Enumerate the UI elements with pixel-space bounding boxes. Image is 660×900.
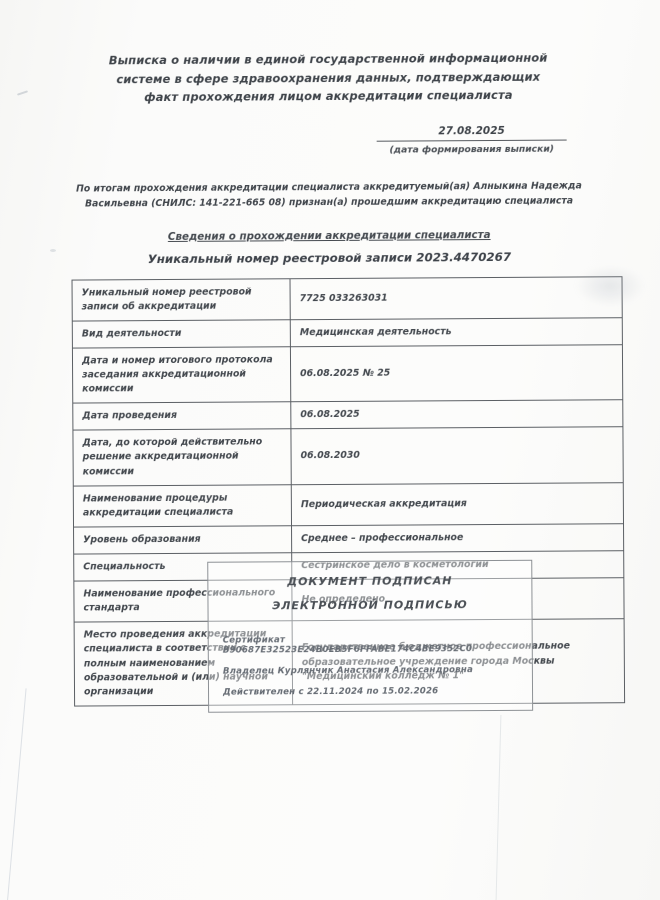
table-row: Вид деятельностиМедицинская деятельность xyxy=(72,317,622,347)
row-label-cell: Уровень образования xyxy=(74,526,292,554)
row-label-cell: Вид деятельности xyxy=(72,319,290,347)
issue-date: 27.08.2025 xyxy=(377,124,567,141)
row-label-cell: Наименование процедуры аккредитации спец… xyxy=(73,484,291,527)
row-label-cell: Дата проведения xyxy=(73,402,291,430)
table-row: Дата, до которой действительно решение а… xyxy=(73,427,623,486)
certificate-line: Сертификат B90687E32523E24B0EB5F6FFABE17… xyxy=(223,634,518,656)
row-value-cell: 06.08.2025 № 25 xyxy=(290,345,622,402)
issue-date-caption: (дата формирования выписки) xyxy=(377,140,567,155)
row-value-cell: Периодическая аккредитация xyxy=(291,482,623,525)
row-label-cell: Дата, до которой действительно решение а… xyxy=(73,429,291,486)
owner-line: Владелец Курлянчик Анастасия Александров… xyxy=(223,665,518,677)
scanned-document-page: Выписка о наличии в единой государственн… xyxy=(0,0,660,900)
intro-paragraph: По итогам прохождения аккредитации специ… xyxy=(51,178,607,212)
table-row: Уникальный номер реестровой записи об ак… xyxy=(72,276,622,321)
table-row: Наименование процедуры аккредитации спец… xyxy=(73,482,623,527)
row-value-cell: 06.08.2025 xyxy=(291,400,623,429)
row-value-cell: 7725 033263031 xyxy=(290,276,622,319)
table-row: Уровень образованияСреднее – профессиона… xyxy=(74,524,624,554)
row-value-cell: 06.08.2030 xyxy=(291,427,623,484)
row-label-cell: Дата и номер итогового протокола заседан… xyxy=(72,347,290,404)
row-value-cell: Медицинская деятельность xyxy=(290,317,622,346)
document-title: Выписка о наличии в единой государственн… xyxy=(105,49,551,108)
table-row: Дата и номер итогового протокола заседан… xyxy=(72,345,622,404)
signature-title-line2: ЭЛЕКТРОННОЙ ПОДПИСЬЮ xyxy=(222,598,517,613)
registry-number-line: Уникальный номер реестровой записи 2023.… xyxy=(0,249,659,267)
row-label-cell: Уникальный номер реестровой записи об ак… xyxy=(72,278,290,321)
document-content: Выписка о наличии в единой государственн… xyxy=(0,0,660,900)
signature-title-line1: ДОКУМЕНТ ПОДПИСАН xyxy=(222,574,517,589)
section-heading: Сведения о прохождении аккредитации спец… xyxy=(0,228,659,244)
table-row: Дата проведения06.08.2025 xyxy=(73,400,623,430)
issue-date-block: 27.08.2025 (дата формирования выписки) xyxy=(377,124,567,155)
validity-line: Действителен с 22.11.2024 по 15.02.2026 xyxy=(223,686,518,698)
row-value-cell: Среднее – профессиональное xyxy=(292,524,624,553)
signature-box: ДОКУМЕНТ ПОДПИСАН ЭЛЕКТРОННОЙ ПОДПИСЬЮ С… xyxy=(207,560,533,713)
